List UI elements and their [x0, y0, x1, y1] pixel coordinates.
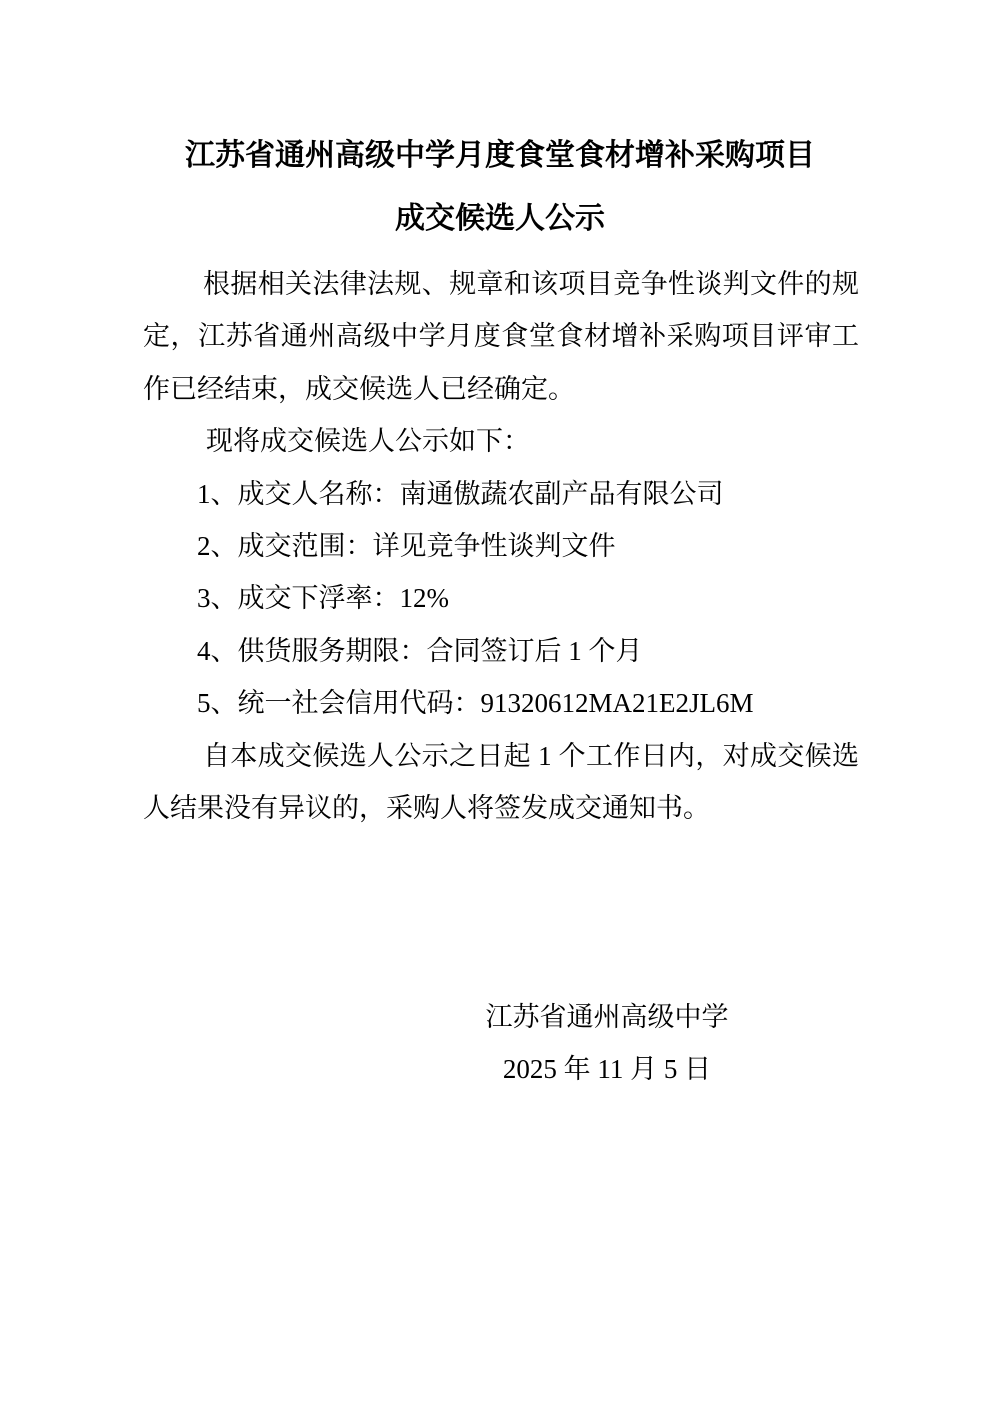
document-title: 江苏省通州高级中学月度食堂食材增补采购项目 成交候选人公示	[0, 124, 1000, 250]
list-item-credit-code: 5、统一社会信用代码：91320612MA21E2JL6M	[143, 677, 859, 729]
list-item-award-scope: 2、成交范围：详见竞争性谈判文件	[143, 520, 859, 572]
document-title-line1: 江苏省通州高级中学月度食堂食材增补采购项目	[0, 124, 1000, 187]
signature-organization: 江苏省通州高级中学	[357, 991, 857, 1043]
closing-paragraph: 自本成交候选人公示之日起 1 个工作日内，对成交候选人结果没有异议的，采购人将签…	[143, 730, 859, 835]
document-body: 根据相关法律法规、规章和该项目竞争性谈判文件的规定，江苏省通州高级中学月度食堂食…	[143, 258, 859, 834]
document-title-line2: 成交候选人公示	[0, 187, 1000, 250]
lead-in-line: 现将成交候选人公示如下：	[143, 415, 859, 467]
signature-block: 江苏省通州高级中学 2025 年 11 月 5 日	[357, 991, 857, 1096]
list-item-supply-period: 4、供货服务期限：合同签订后 1 个月	[143, 625, 859, 677]
signature-date: 2025 年 11 月 5 日	[357, 1043, 857, 1095]
list-item-winner-name: 1、成交人名称：南通傲蔬农副产品有限公司	[143, 468, 859, 520]
intro-paragraph: 根据相关法律法规、规章和该项目竞争性谈判文件的规定，江苏省通州高级中学月度食堂食…	[143, 258, 859, 415]
document-page: 江苏省通州高级中学月度食堂食材增补采购项目 成交候选人公示 根据相关法律法规、规…	[0, 0, 1000, 1414]
list-item-discount-rate: 3、成交下浮率：12%	[143, 572, 859, 624]
